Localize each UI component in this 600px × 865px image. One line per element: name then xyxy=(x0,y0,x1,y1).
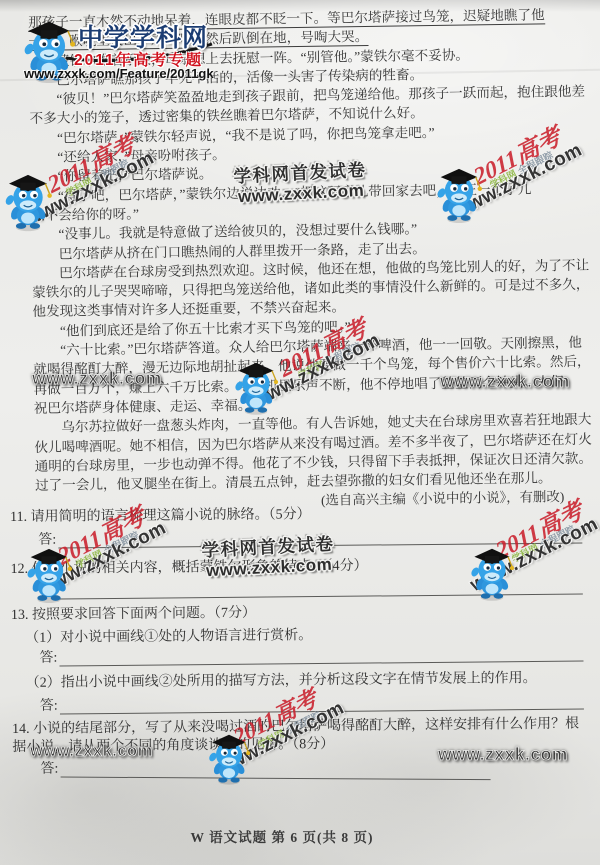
answer-row-11: 答: xyxy=(38,526,582,548)
answer-blank-line xyxy=(58,525,582,548)
answer-blank-line xyxy=(59,577,583,600)
answer-label: 答: xyxy=(39,580,57,600)
page-footer: W 语文试题 第 6 页(共 8 页) xyxy=(0,826,582,846)
logo-url: www.zxxk.com/Feature/2011gk xyxy=(24,66,214,81)
answer-blank-line xyxy=(59,644,583,667)
questions-section: 11. 请用简明的语言梳理这篇小说的脉络。（5分） 答: 12. 依据小说的相关… xyxy=(10,503,593,777)
answer-label: 答: xyxy=(38,528,56,548)
answer-label: 答: xyxy=(40,757,58,777)
question-13-2: （2）指出小说中画线②处所用的描写方法，并分析这段文字在情节发展上的作用。 xyxy=(12,669,592,693)
question-13: 13. 按照要求回答下面两个问题。（7分） xyxy=(11,601,591,625)
answer-row-13-1: 答: xyxy=(39,645,583,667)
answer-row-12: 答: xyxy=(39,578,583,600)
zxxk-logo: 中学学科网 2011年高考专题 www.zxxk.com/Feature/201… xyxy=(6,12,221,82)
question-12: 12. 依据小说的相关内容，概括蒙铁尔形象的特点。（4分） xyxy=(10,555,590,579)
answer-label: 答: xyxy=(39,647,57,667)
answer-row-14: 答: xyxy=(40,755,584,777)
answer-blank-line xyxy=(60,691,584,714)
scanned-exam-page: 那孩子一直木然不动地呆着，连眼皮都不眨一下。等巴尔塔萨接过鸟笼，迟疑地瞧了他一眼… xyxy=(0,0,600,865)
answer-label: 答: xyxy=(40,694,58,714)
answer-blank-line xyxy=(60,759,490,780)
answer-row-13-2: 答: xyxy=(40,692,584,714)
